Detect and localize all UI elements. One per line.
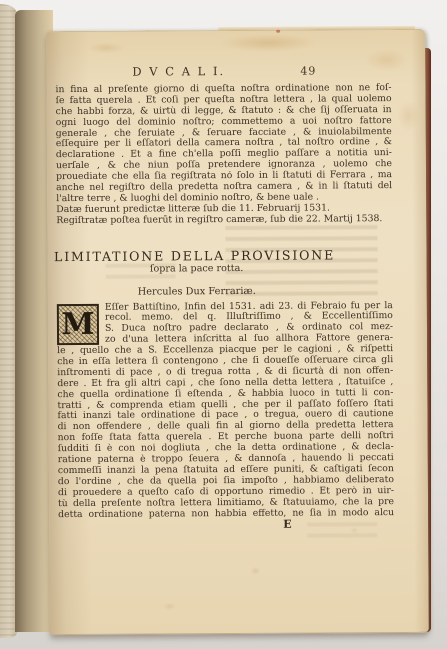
text-line: Regiſtratæ poſtea fuerūt in regiſtro cam…	[56, 214, 392, 227]
paragraph-2: M Eſſer Battiſtino, Infin del 1531. adi …	[57, 301, 394, 521]
drop-cap-woodcut-initial: M	[57, 303, 99, 344]
text-block: in fina al preſente giorno di queſta noſ…	[55, 83, 394, 532]
page-leaf-edge	[218, 26, 415, 30]
paragraph-2-full-lines: le , quello che a S. Eccellenza piacque …	[57, 344, 394, 520]
page-number: 49	[300, 65, 316, 78]
section-attribution: Hercules Dux Ferrariæ.	[29, 285, 365, 299]
signature-mark: E	[283, 518, 394, 531]
paragraph-1-latin-dates: Datæ fuerunt predictæ litteræ ſub die 11…	[56, 203, 392, 227]
paragraph-2-indented-lines: Eſſer Battiſtino, Infin del 1531. adi 23…	[57, 301, 393, 347]
book-photo: D V C A L I. 49 in fina al preſente gior…	[0, 0, 447, 649]
section-subtitle: ſopra la pace rotta.	[29, 262, 365, 276]
running-header: D V C A L I.	[132, 64, 225, 79]
paragraph-1: in fina al preſente giorno di queſta noſ…	[55, 83, 392, 194]
red-fiber-fleck	[276, 30, 280, 33]
book-page: D V C A L I. 49 in fina al preſente gior…	[46, 29, 429, 635]
